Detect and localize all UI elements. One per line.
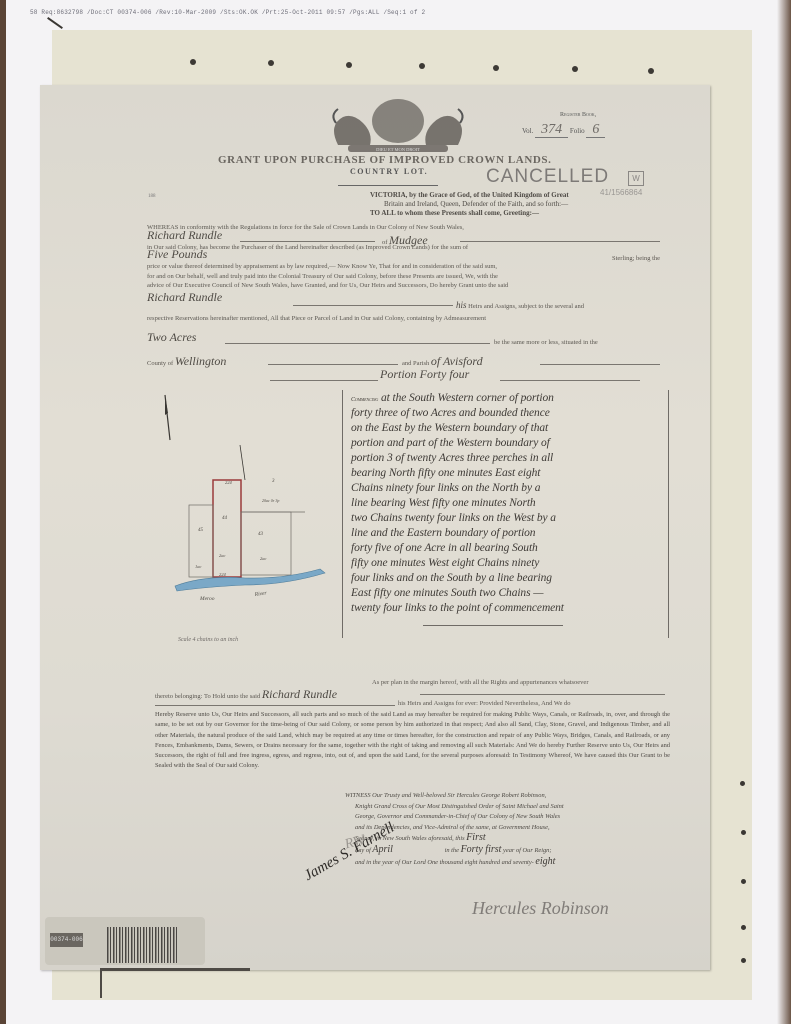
- to-hold-text: thereto belonging: To Hold unto the said: [155, 693, 260, 700]
- sheet-edge-mark: [100, 968, 102, 998]
- survey-plan-map: 224 44 45 43 3 20ac 0r 3p 2ac 1ac 2ac 22…: [155, 385, 335, 635]
- punch-hole: [346, 62, 352, 68]
- land-area-row: Two Acres: [147, 333, 196, 344]
- print-header: 58 Req:8632798 /Doc:CT 00374-006 /Rev:10…: [30, 9, 425, 16]
- parish-label: and Parish: [402, 360, 429, 367]
- description-line-0: Commencing at the South Western corner o…: [351, 392, 554, 404]
- description-line: line and the Eastern boundary of portion: [351, 527, 535, 539]
- preamble-line-2: Britain and Ireland, Queen, Defender of …: [370, 200, 670, 209]
- habendum-line-1: As per plan in the margin hereof, with a…: [372, 679, 588, 687]
- description-line: forty three of two Acres and bounded the…: [351, 407, 550, 419]
- habendum-line-2: thereto belonging: To Hold unto the said…: [155, 690, 337, 701]
- volume-number: 374: [535, 122, 568, 138]
- svg-text:224: 224: [225, 480, 233, 485]
- boundary-description: Commencing at the South Western corner o…: [342, 390, 669, 638]
- svg-text:DIEU ET MON DROIT: DIEU ET MON DROIT: [376, 147, 420, 152]
- preamble: VICTORIA, by the Grace of God, of the Un…: [370, 191, 670, 218]
- svg-text:3: 3: [272, 479, 275, 484]
- fill-rule: [240, 241, 375, 242]
- description-line: four links and on the South by a line be…: [351, 572, 552, 584]
- svg-text:1ac: 1ac: [195, 564, 202, 569]
- witness-line-7: and in the year of Our Lord One thousand…: [345, 857, 665, 869]
- punch-hole: [419, 63, 425, 69]
- description-line: twenty four links to the point of commen…: [351, 602, 564, 614]
- punch-hole: [572, 66, 578, 72]
- folio-label: Folio: [570, 127, 585, 135]
- royal-coat-of-arms-icon: DIEU ET MON DROIT: [318, 95, 478, 155]
- punch-hole: [740, 781, 745, 786]
- description-line: portion and part of the Western boundary…: [351, 437, 550, 449]
- sheet-edge-mark: [100, 968, 250, 971]
- parish-name: of Avisford: [431, 354, 483, 368]
- cancelled-stamp-box: W: [628, 171, 644, 186]
- folio-number: 6: [586, 122, 605, 138]
- barcode-icon: [107, 927, 179, 963]
- whereas-line-4: for and on Our behalf, well and truly pa…: [147, 273, 498, 281]
- punch-hole: [741, 925, 746, 930]
- punch-hole: [648, 68, 654, 74]
- grantee-row: Richard Rundle: [147, 293, 222, 304]
- vol-label: Vol.: [522, 127, 533, 135]
- fill-rule: [270, 380, 378, 381]
- signature-governor: Hercules Robinson: [472, 898, 609, 919]
- punch-hole: [190, 59, 196, 65]
- year-text: and in the year of Our Lord One thousand…: [355, 859, 534, 866]
- grantee-his: his: [456, 300, 467, 310]
- svg-text:2ac: 2ac: [219, 553, 226, 558]
- divider: [338, 185, 438, 186]
- background-edge-right: [777, 0, 791, 1024]
- county-row: County of Wellington: [147, 357, 226, 368]
- habendum-grantee: Richard Rundle: [262, 687, 337, 701]
- whereas-line-3: price or value thereof determined by app…: [147, 263, 497, 271]
- svg-text:43: 43: [258, 532, 264, 537]
- sterling-label: Sterling; being the: [612, 255, 660, 263]
- commencing-label: Commencing: [351, 397, 378, 403]
- svg-text:20ac 0r 3p: 20ac 0r 3p: [262, 498, 279, 503]
- fill-rule: [268, 364, 398, 365]
- document-title: GRANT UPON PURCHASE OF IMPROVED CROWN LA…: [218, 154, 552, 166]
- county-label: County of: [147, 360, 173, 367]
- witness-year: eight: [535, 856, 555, 867]
- fill-rule: [420, 694, 665, 695]
- svg-text:44: 44: [222, 516, 228, 521]
- pen-mark: [47, 17, 63, 29]
- whereas-line-5: advice of Our Executive Council of New S…: [147, 282, 508, 290]
- punch-hole: [268, 60, 274, 66]
- fill-rule: [293, 305, 453, 306]
- register-volume-folio: Vol. 374 Folio 6: [522, 122, 605, 138]
- description-line: bearing North fifty one minutes East eig…: [351, 467, 540, 479]
- description-line: East fifty one minutes South two Chains …: [351, 587, 543, 599]
- reservations-clause: Hereby Reserve unto Us, Our Heirs and Su…: [155, 710, 670, 772]
- grantee-heirs-row: his Heirs and Assigns, subject to the se…: [456, 301, 584, 311]
- land-area-suffix: be the same more or less, situated in th…: [494, 339, 598, 347]
- margin-number: 188: [148, 194, 156, 199]
- cancelled-stamp: CANCELLED: [486, 166, 609, 188]
- land-area: Two Acres: [147, 330, 196, 344]
- description-text: at the South Western corner of portion: [381, 392, 554, 404]
- description-line: Chains ninety four links on the North by…: [351, 482, 540, 494]
- punch-hole: [741, 958, 746, 963]
- register-book-label: Register Book,: [560, 112, 596, 118]
- portion-number: Portion Forty four: [380, 367, 469, 381]
- witness-line-3: George, Governor and Commander-in-Chief …: [345, 812, 665, 823]
- barcode-id-label: 00374-006: [50, 933, 83, 947]
- grantee-name: Richard Rundle: [147, 290, 222, 304]
- grantee-line: respective Reservations hereinafter ment…: [147, 315, 486, 323]
- svg-text:45: 45: [198, 528, 204, 533]
- fill-rule: [500, 380, 640, 381]
- reign-year: Forty first: [461, 844, 502, 855]
- svg-text:2ac: 2ac: [260, 556, 267, 561]
- preamble-line-3: TO ALL to whom these Presents shall come…: [370, 209, 670, 218]
- in-the-label: in the: [395, 847, 459, 854]
- background-edge-left: [0, 0, 6, 1024]
- svg-text:224: 224: [219, 572, 227, 577]
- witness-day: First: [466, 832, 485, 843]
- divider: [423, 625, 563, 626]
- sum-row: Five Pounds: [147, 250, 207, 261]
- preamble-line-1: VICTORIA, by the Grace of God, of the Un…: [370, 191, 670, 200]
- description-line: portion 3 of twenty Acres three perches …: [351, 452, 553, 464]
- plan-scale: Scale 4 chains to an inch: [178, 637, 238, 643]
- punch-hole: [741, 830, 746, 835]
- whereas-purchaser-row: Richard Rundle: [147, 231, 222, 242]
- fill-rule: [225, 343, 490, 344]
- svg-text:Meroo: Meroo: [199, 596, 215, 602]
- purchaser-name: Richard Rundle: [147, 228, 222, 242]
- habendum-line-3: his Heirs and Assigns for ever: Provided…: [398, 700, 570, 708]
- fill-rule: [460, 241, 660, 242]
- reign-suffix: year of Our Reign;: [503, 847, 551, 854]
- description-line: on the East by the Western boundary of t…: [351, 422, 548, 434]
- witness-line-1: WITNESS Our Trusty and Well-beloved Sir …: [345, 791, 665, 802]
- portion-row: Portion Forty four: [380, 370, 469, 381]
- description-line: fifty one minutes West eight Chains nine…: [351, 557, 539, 569]
- fill-rule: [155, 705, 395, 706]
- punch-hole: [741, 879, 746, 884]
- description-line: two Chains twenty four links on the West…: [351, 512, 556, 524]
- witness-line-6: day of April in the Forty first year of …: [345, 845, 665, 857]
- barcode-sticker: 00374-006: [45, 917, 205, 965]
- fill-rule: [540, 364, 660, 365]
- document-subtitle: COUNTRY LOT.: [350, 167, 428, 176]
- county-name: Wellington: [175, 354, 227, 368]
- purchase-sum: Five Pounds: [147, 247, 207, 261]
- witness-line-2: Knight Grand Cross of Our Most Distingui…: [345, 802, 665, 813]
- description-line: forty five of one Acre in all bearing So…: [351, 542, 538, 554]
- heirs-text: Heirs and Assigns, subject to the severa…: [468, 303, 584, 310]
- description-line: line bearing West fifty one minutes Nort…: [351, 497, 536, 509]
- punch-hole: [493, 65, 499, 71]
- svg-text:River: River: [253, 590, 267, 598]
